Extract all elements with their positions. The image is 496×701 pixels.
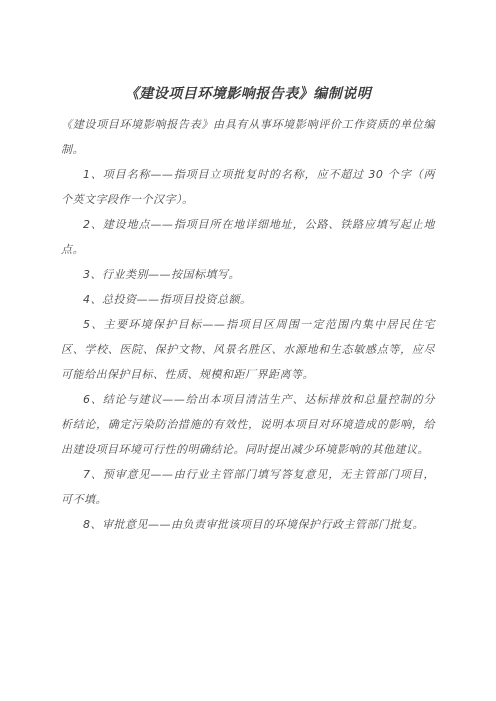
instruction-item-8: 8、审批意见——由负责审批该项目的环境保护行政主管部门批复。: [61, 512, 435, 537]
instruction-item-1: 1、项目名称——指项目立项批复时的名称，应不超过 30 个字（两个英文字段作一个…: [61, 162, 435, 212]
instruction-item-6: 6、结论与建议——给出本项目清洁生产、达标排放和总量控制的分析结论，确定污染防治…: [61, 387, 435, 462]
intro-paragraph: 《建设项目环境影响报告表》由具有从事环境影响评价工作资质的单位编制。: [61, 112, 435, 162]
document-page: 《建设项目环境影响报告表》编制说明 《建设项目环境影响报告表》由具有从事环境影响…: [0, 0, 496, 701]
instruction-item-7: 7、预审意见——由行业主管部门填写答复意见，无主管部门项目，可不填。: [61, 462, 435, 512]
document-content: 《建设项目环境影响报告表》编制说明 《建设项目环境影响报告表》由具有从事环境影响…: [61, 84, 435, 537]
document-body: 《建设项目环境影响报告表》由具有从事环境影响评价工作资质的单位编制。 1、项目名…: [61, 112, 435, 537]
instruction-item-4: 4、总投资——指项目投资总额。: [61, 287, 435, 312]
instruction-item-3: 3、行业类别——按国标填写。: [61, 262, 435, 287]
instruction-item-5: 5、主要环境保护目标——指项目区周围一定范围内集中居民住宅区、学校、医院、保护文…: [61, 312, 435, 387]
instruction-item-2: 2、建设地点——指项目所在地详细地址，公路、铁路应填写起止地点。: [61, 212, 435, 262]
document-title: 《建设项目环境影响报告表》编制说明: [61, 84, 435, 104]
